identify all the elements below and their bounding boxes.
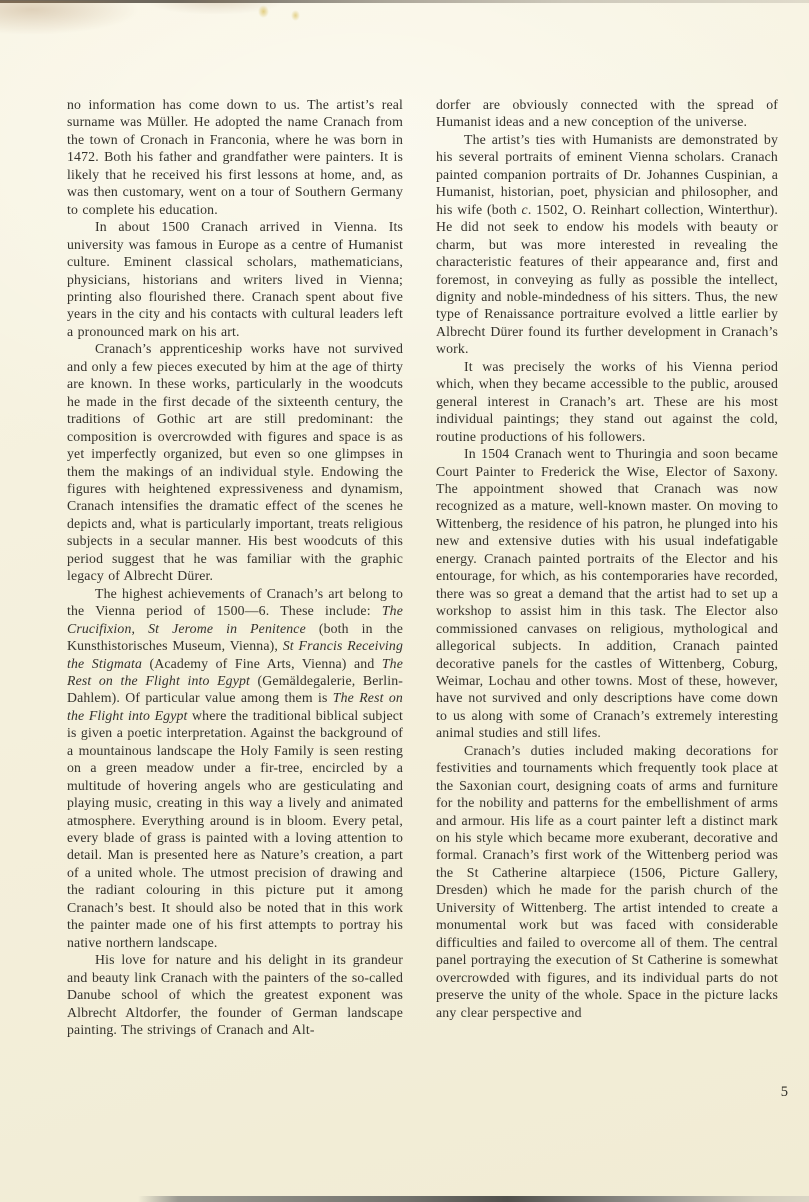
paragraph: no information has come down to us. The … [67,96,403,218]
text-column-left: no information has come down to us. The … [67,96,403,1088]
paragraph: In about 1500 Cranach arrived in Vienna.… [67,218,403,340]
italic-title: St Francis Receiving the Stigmata [67,638,403,670]
stain-top-left [0,1,140,35]
paragraph: Cranach’s apprenticeship works have not … [67,340,403,584]
paragraph: Cranach’s duties included making decorat… [436,742,778,1021]
text-column-right: dorfer are obviously connected with the … [436,96,778,1088]
paragraph: In 1504 Cranach went to Thuringia and so… [436,445,778,742]
ink-speck [258,5,269,18]
italic-title: c [522,202,528,217]
paragraph: It was precisely the works of his Vienna… [436,358,778,445]
page-number: 5 [764,1084,788,1101]
ink-speck [291,10,300,21]
paragraph: dorfer are obviously connected with the … [436,96,778,131]
italic-title: The Rest on the Flight into Egypt [67,690,403,722]
paragraph: The artist’s ties with Humanists are dem… [436,131,778,358]
paragraph: His love for nature and his delight in i… [67,951,403,1038]
paragraph: The highest achievements of Cranach’s ar… [67,585,403,952]
italic-title: St Jerome in Penitence [148,621,306,636]
scan-bottom-edge [138,1196,809,1202]
book-page: no information has come down to us. The … [0,0,809,1202]
